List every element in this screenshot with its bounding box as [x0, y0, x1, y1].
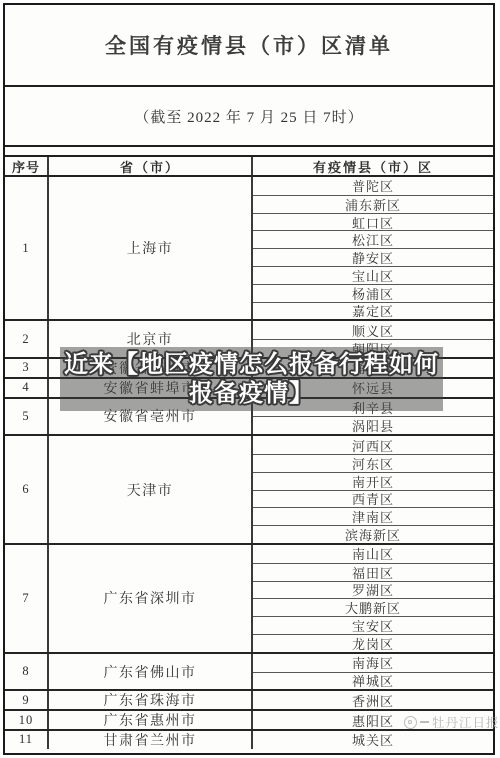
table-row: 8广东省佛山市南海区禅城区: [5, 654, 493, 692]
district-list: 南山区福田区罗湖区大鹏新区宝安区龙岗区: [253, 545, 493, 652]
caption-overlay: 近来【地区疫情怎么报备行程如何报备疫情】: [60, 347, 443, 411]
province-cell: 广东省惠州市: [49, 711, 253, 729]
district-cell: 西青区: [253, 490, 493, 508]
province-cell: 广东省佛山市: [49, 654, 253, 690]
row-index-cell: 9: [5, 691, 49, 709]
province-cell: 天津市: [49, 436, 253, 543]
district-list: 南海区禅城区: [253, 654, 493, 690]
row-index-cell: 10: [5, 711, 49, 729]
district-cell: 虹口区: [253, 213, 493, 231]
district-cell: 南开区: [253, 472, 493, 490]
table-body: 1上海市普陀区浦东新区虹口区松江区静安区宝山区杨浦区嘉定区2北京市顺义区朝阳区3…: [5, 177, 493, 749]
district-cell: 香洲区: [253, 691, 493, 709]
newspaper-logo-icon: [404, 716, 417, 729]
row-index-cell: 8: [5, 654, 49, 690]
district-cell: 南山区: [253, 545, 493, 563]
district-cell: 松江区: [253, 230, 493, 248]
row-index-cell: 11: [5, 731, 49, 749]
watermark-text: 牡丹江日报: [432, 713, 500, 731]
table-header-row: 序号 省（市） 有疫情县（市）区: [5, 157, 493, 177]
document-subtitle-box: （截至 2022 年 7 月 25 日 7时）: [5, 87, 493, 147]
district-cell: 河东区: [253, 454, 493, 472]
district-cell: 城关区: [253, 731, 493, 749]
district-cell: 福田区: [253, 563, 493, 581]
row-index-cell: 7: [5, 545, 49, 652]
page-title: 全国有疫情县（市）区清单: [105, 30, 393, 60]
district-list: 普陀区浦东新区虹口区松江区静安区宝山区杨浦区嘉定区: [253, 177, 493, 319]
column-header-districts: 有疫情县（市）区: [253, 157, 493, 175]
district-cell: 禅城区: [253, 672, 493, 690]
district-cell: 静安区: [253, 248, 493, 266]
page-subtitle: （截至 2022 年 7 月 25 日 7时）: [134, 106, 363, 127]
row-index-cell: 3: [5, 359, 49, 377]
document-title-box: 全国有疫情县（市）区清单: [5, 5, 493, 87]
row-index-cell: 1: [5, 177, 49, 319]
district-cell: 宝安区: [253, 616, 493, 634]
province-cell: 甘肃省兰州市: [49, 731, 253, 749]
province-cell: 广东省深圳市: [49, 545, 253, 652]
table-row: 1上海市普陀区浦东新区虹口区松江区静安区宝山区杨浦区嘉定区: [5, 177, 493, 321]
watermark-dash-left: [420, 721, 429, 723]
caption-overlay-text: 近来【地区疫情怎么报备行程如何报备疫情】: [60, 350, 443, 408]
row-index-cell: 5: [5, 399, 49, 435]
district-list: 香洲区: [253, 691, 493, 709]
spacer-row: [5, 147, 493, 157]
district-cell: 涡阳县: [253, 416, 493, 434]
table-row: 6天津市河西区河东区南开区西青区津南区滨海新区: [5, 436, 493, 545]
province-cell: 上海市: [49, 177, 253, 319]
district-cell: 罗湖区: [253, 581, 493, 599]
district-cell: 杨浦区: [253, 284, 493, 302]
column-header-province: 省（市）: [49, 157, 253, 175]
district-cell: 南海区: [253, 654, 493, 672]
row-index-cell: 4: [5, 379, 49, 397]
district-cell: 普陀区: [253, 177, 493, 195]
row-index-cell: 2: [5, 321, 49, 357]
province-cell: 广东省珠海市: [49, 691, 253, 709]
district-cell: 河西区: [253, 436, 493, 454]
district-cell: 顺义区: [253, 321, 493, 339]
table-row: 11甘肃省兰州市城关区: [5, 731, 493, 749]
table-row: 9广东省珠海市香洲区: [5, 691, 493, 711]
district-list: 河西区河东区南开区西青区津南区滨海新区: [253, 436, 493, 543]
row-index-cell: 6: [5, 436, 49, 543]
district-cell: 龙岗区: [253, 634, 493, 652]
district-cell: 滨海新区: [253, 525, 493, 543]
district-cell: 嘉定区: [253, 302, 493, 320]
district-cell: 浦东新区: [253, 195, 493, 213]
publisher-watermark: 牡丹江日报: [404, 712, 500, 732]
district-cell: 大鹏新区: [253, 598, 493, 616]
column-header-index: 序号: [5, 157, 49, 175]
district-list: 城关区: [253, 731, 493, 749]
district-cell: 津南区: [253, 507, 493, 525]
table-row: 7广东省深圳市南山区福田区罗湖区大鹏新区宝安区龙岗区: [5, 545, 493, 654]
district-cell: 宝山区: [253, 266, 493, 284]
